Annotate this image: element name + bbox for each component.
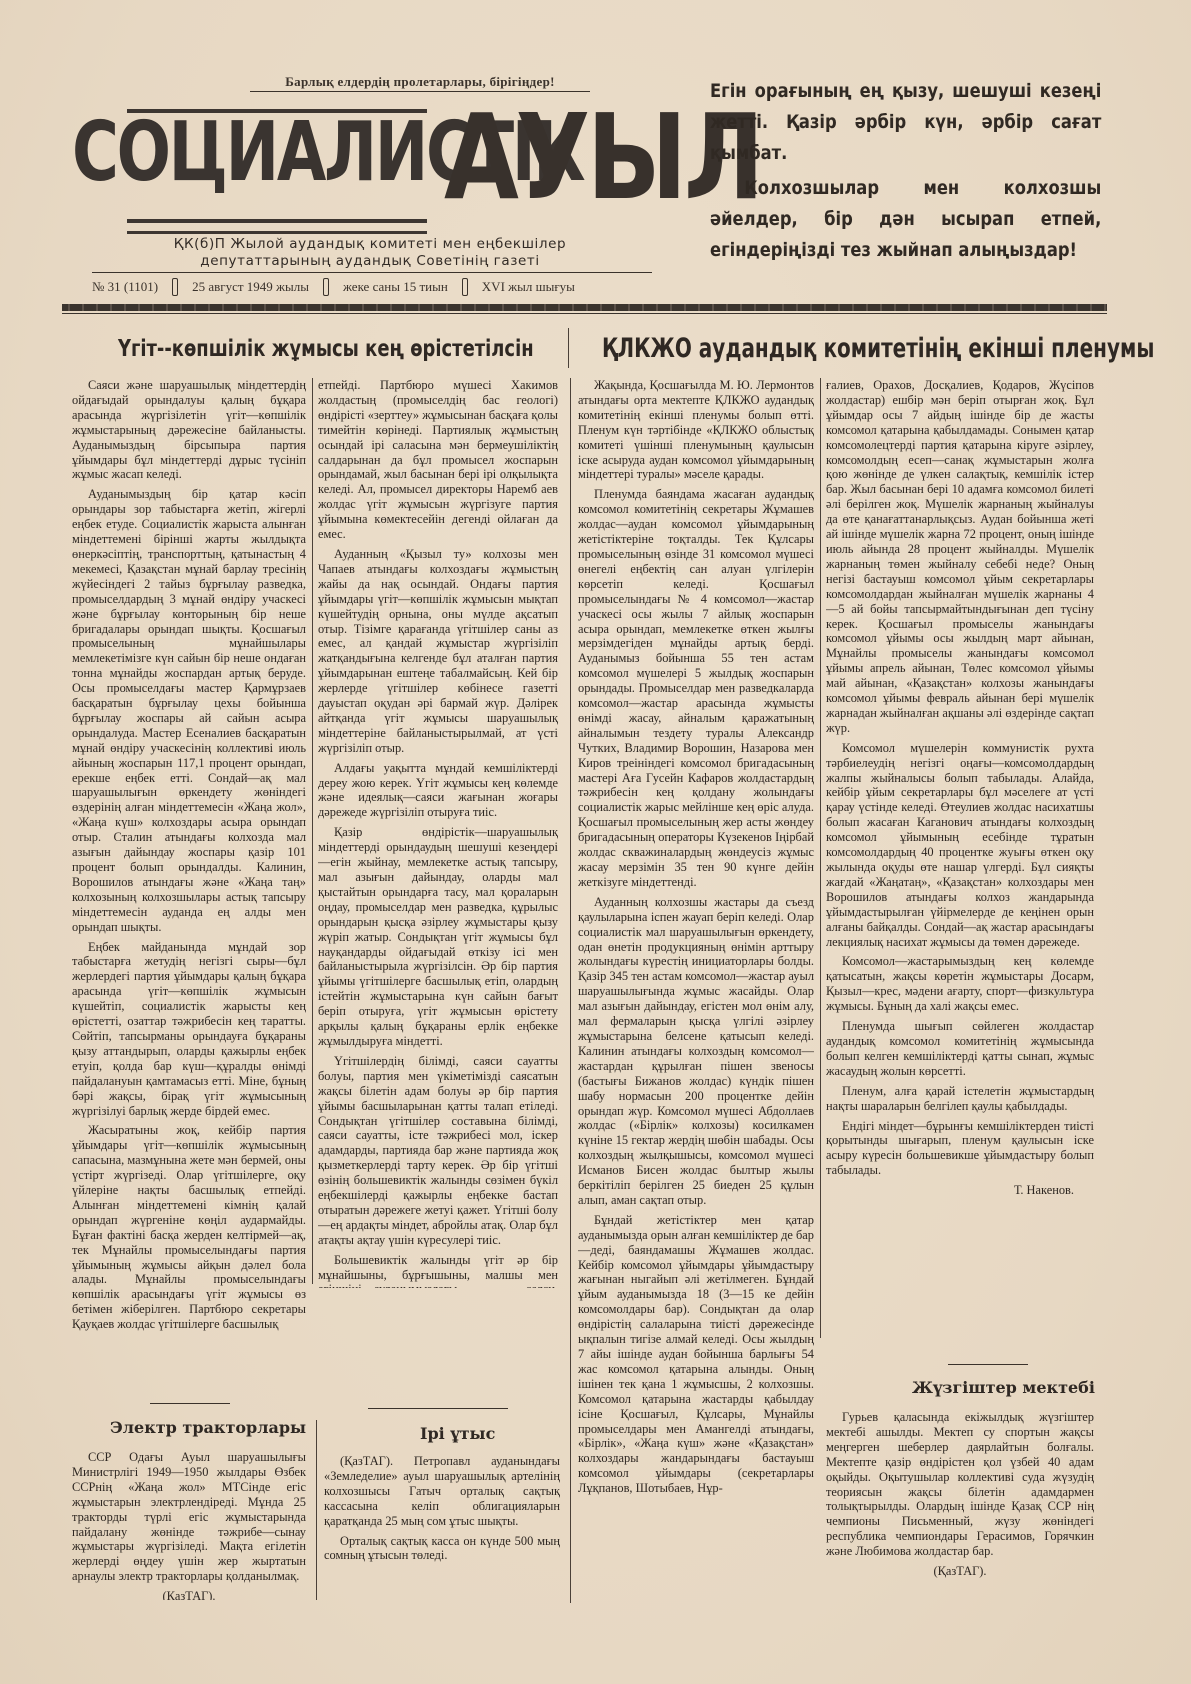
paragraph: Орталық сақтық касса он күнде 500 мың со… [324,1534,560,1564]
issue-price: жеке саны 15 тиын [343,279,448,295]
article-agitation-column-1: Саяси және шаруашылық міндеттердің ойдағ… [72,378,306,1398]
issue-year: XVI жыл шығуы [482,279,575,295]
newspaper-page: Барлық елдердің пролетарлары, бірігіңдер… [0,0,1191,1684]
issue-date: 25 август 1949 жылы [192,279,309,295]
news-agency-credit: (ҚазТАГ). [72,1589,306,1600]
subtitle-line: депутаттарының аудандық Советінің газеті [150,253,590,270]
article-plenum-column-2: ғалиев, Орахов, Досқалиев, Қодаров, Жүсі… [826,378,1094,1333]
headline-electric-tractors: Электр тракторлары [110,1418,306,1437]
paragraph: Қазір өндірістік—шаруашылық міндеттерді … [318,825,558,1049]
separator-ornament [172,278,178,296]
paragraph: Бұндай жетістіктер мен қатар ауданымызда… [578,1213,814,1496]
paragraph: Комсомол мүшелерін коммунистік рухта тәр… [826,741,1094,950]
masthead-subtitle: ҚК(б)П Жылой аудандық комитеті мен еңбек… [150,236,590,270]
paragraph: Пленум, алға қарай істелетін жұмыстардың… [826,1084,1094,1114]
paragraph: Большевиктік жалынды үгіт әр бір мұнайшы… [318,1253,558,1288]
paragraph: Ауданның колхозшы жастары да съезд қаулы… [578,895,814,1208]
article-agitation-column-2: етпейді. Партбюро мүшесі Хакимов жолдаст… [318,378,558,1288]
column-divider [568,328,569,368]
paragraph: Саяси және шаруашылық міндеттердің ойдағ… [72,378,306,482]
issue-info-bar: № 31 (1101) 25 август 1949 жылы жеке сан… [92,272,652,298]
paragraph: Пленумда баяндама жасаған аудандық комсо… [578,487,814,889]
column-divider [820,378,821,1338]
section-rule [150,1403,230,1404]
harvest-callout: Егін орағының ең қызу, шешуші кезеңі жет… [710,76,1101,266]
title-rule [127,219,427,223]
newspaper-title: СОЦИАЛИСТІК АУЫЛ [72,100,692,230]
paragraph: Үгітшілердің білімді, саяси сауатты болу… [318,1054,558,1248]
paragraph: Еңбек майданында мұндай зор табыстарға ж… [72,940,306,1119]
paragraph: етпейді. Партбюро мүшесі Хакимов жолдаст… [318,378,558,542]
paragraph: Комсомол—жастарымыздың кең көлемде қатыс… [826,954,1094,1014]
section-rule [948,1364,1028,1365]
column-divider [312,378,313,1284]
headline-plenum: ҚЛКЖО аудандық комитетінің екінші пленум… [602,333,1154,364]
masthead-rule [62,313,1107,314]
callout-paragraph: Колхозшылар мен колхозшы әйелдер, бір дә… [710,173,1101,266]
column-divider [570,378,571,1603]
section-rule [368,1408,508,1409]
article-electric-tractors: ССР Одағы Ауыл шаруашылығы Министрлігі 1… [72,1450,306,1600]
headline-agitation: Үгіт--көпшілік жұмысы кең өрістетілсін [118,336,534,362]
separator-ornament [323,278,329,296]
article-big-prize: (ҚазТАГ). Петропавл ауданындағы «Земледе… [324,1454,560,1604]
column-divider [316,1420,317,1600]
paragraph: Алдағы уақытта мұндай кемшіліктерді дере… [318,761,558,821]
news-agency-credit: (ҚазТАГ). [826,1564,1094,1579]
title-rule [127,231,427,234]
masthead-rule [62,304,1107,311]
separator-ornament [462,278,468,296]
callout-paragraph: Егін орағының ең қызу, шешуші кезеңі жет… [710,76,1101,169]
subtitle-line: ҚК(б)П Жылой аудандық комитеті мен еңбек… [150,236,590,253]
paragraph: Ендігі міндет—бұрынғы кемшіліктерден тиі… [826,1119,1094,1179]
paragraph: ССР Одағы Ауыл шаруашылығы Министрлігі 1… [72,1450,306,1584]
paragraph: (ҚазТАГ). Петропавл ауданындағы «Земледе… [324,1454,560,1529]
paragraph: ғалиев, Орахов, Досқалиев, Қодаров, Жүсі… [826,378,1094,736]
article-plenum-column-1: Жақында, Қосшағылда М. Ю. Лермонтов атын… [578,378,814,1603]
paragraph: Жақында, Қосшағылда М. Ю. Лермонтов атын… [578,378,814,482]
paragraph: Гурьев қаласында екіжылдық жүзгіштер мек… [826,1410,1094,1559]
paragraph: Пленумда шығып сөйлеген жолдастар ауданд… [826,1019,1094,1079]
headline-swimmers-school: Жүзгіштер мектебі [912,1378,1095,1397]
issue-number: № 31 (1101) [92,279,158,295]
article-swimmers-school: Гурьев қаласында екіжылдық жүзгіштер мек… [826,1410,1094,1590]
paragraph: Ауданның «Қызыл ту» колхозы мен Чапаев а… [318,547,558,756]
paragraph: Ауданымыздың бір қатар кәсіп орындары зо… [72,487,306,934]
headline-big-prize: Ірі ұтыс [420,1424,495,1443]
paragraph: Жасыратыны жоқ, кейбір партия ұйымдары ү… [72,1123,306,1332]
author-signature: Т. Накенов. [826,1183,1094,1198]
